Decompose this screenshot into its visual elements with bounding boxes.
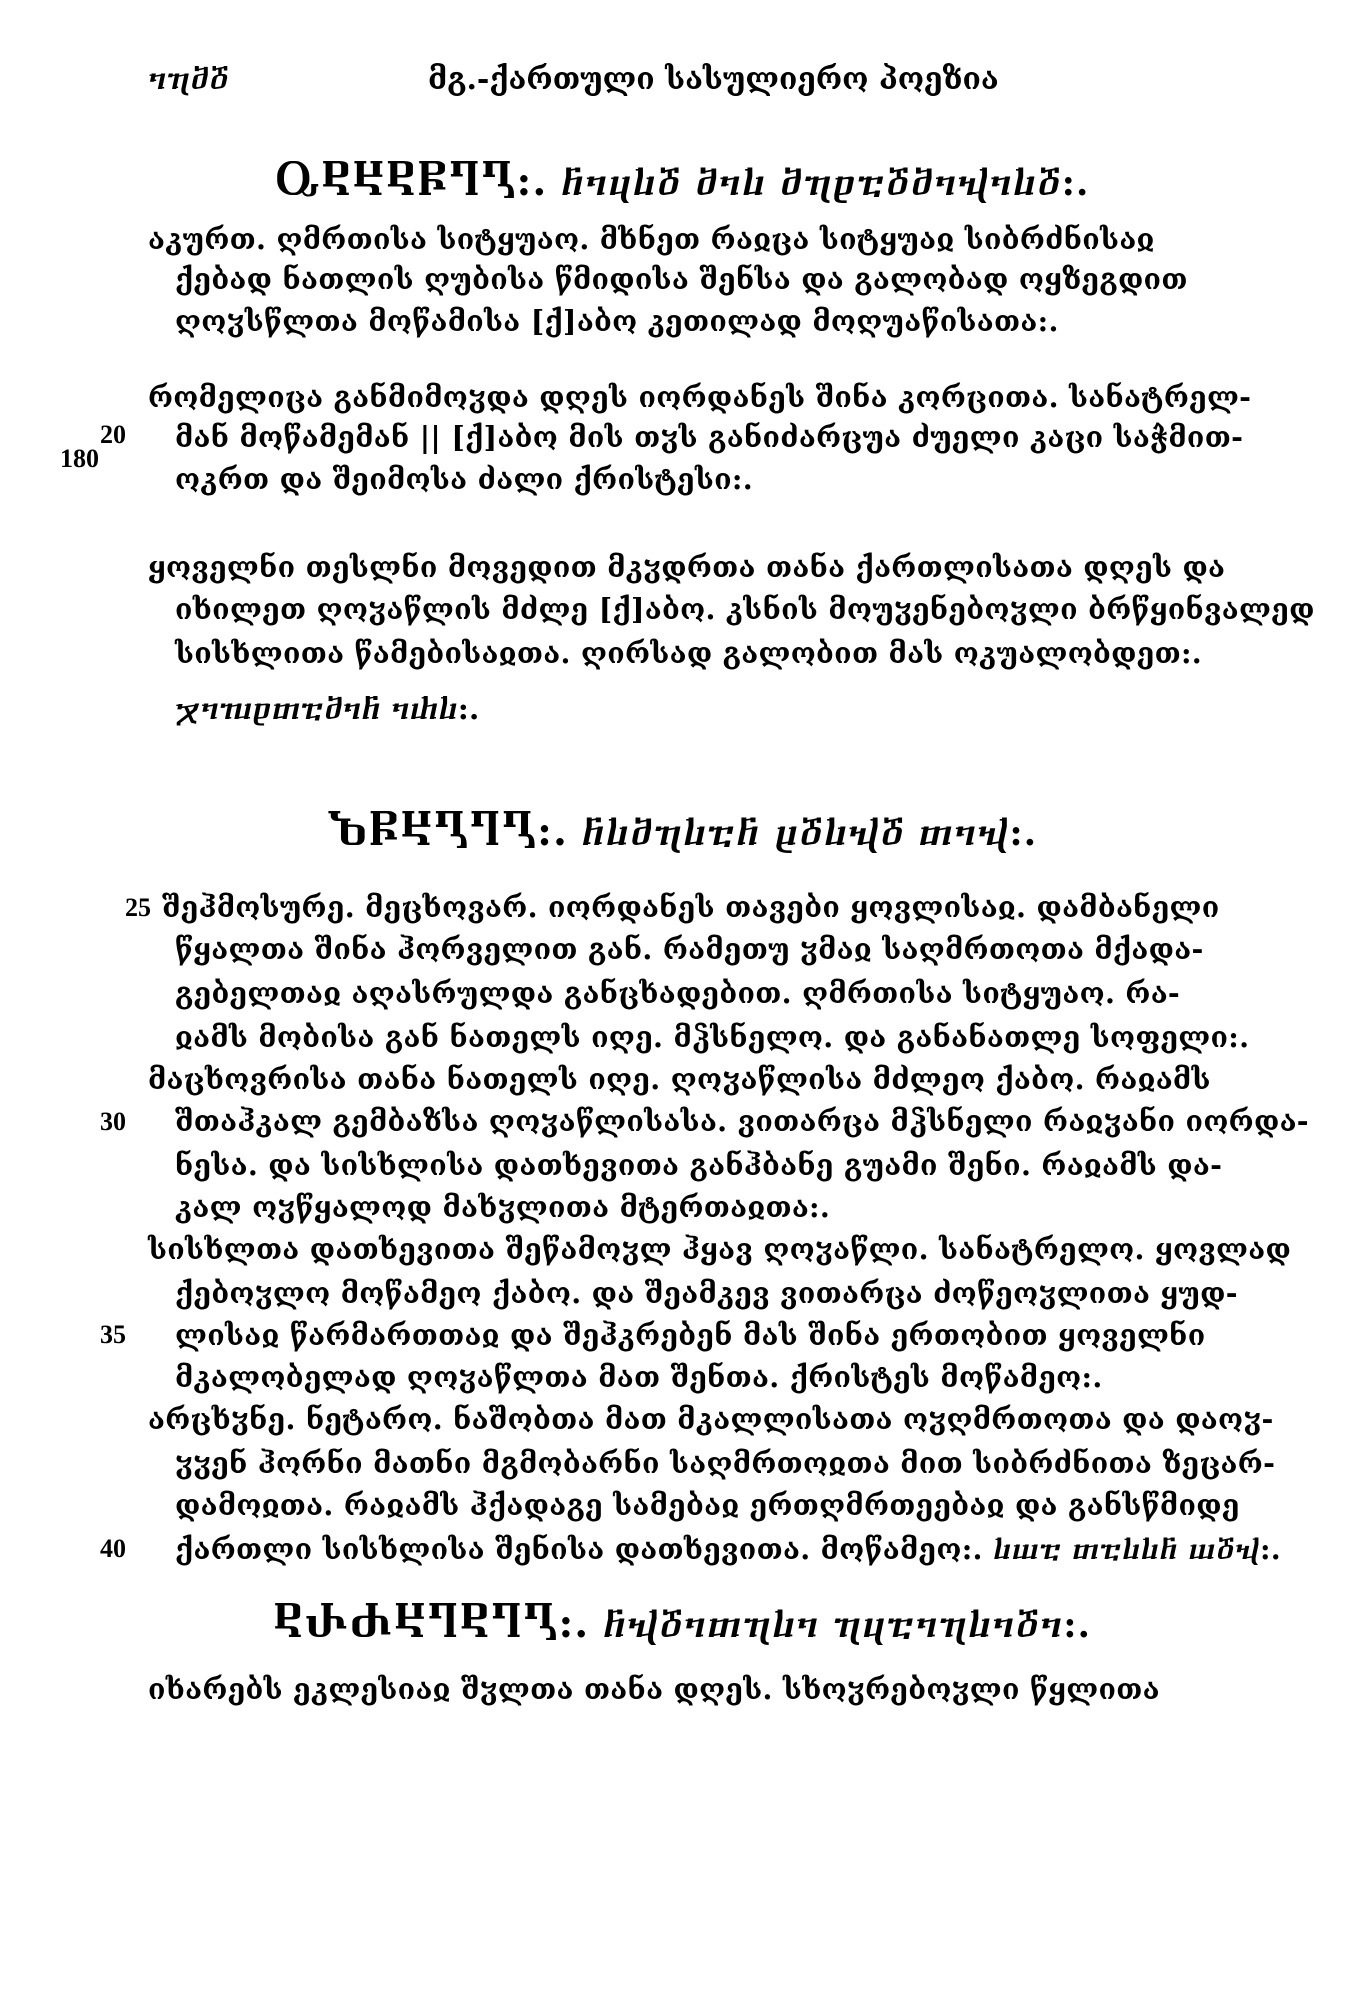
text-line: მან მოწამემან || [ქ]აბო მის თჳს განიძარც… — [175, 420, 1243, 454]
line-number: 20 — [100, 420, 126, 450]
folio-number: 180 — [60, 444, 99, 474]
text-line: ნესა. და სისხლისა დათხევითა განჰბანე გუა… — [175, 1148, 1222, 1182]
text-line: ოკრთ და შეიმოსა ძალი ქრისტესი:. — [175, 462, 753, 496]
text-line: რომელიცა განმიმოჳდა დღეს იორდანეს შინა კ… — [148, 380, 1251, 414]
scanned-page: ⴈⴄⴋⴃ მგ.-ქართული სასულიერო პოეზია ႭႲႾႲႼႤ… — [0, 0, 1364, 1999]
section-heading-2: ႦႼႾႢႤႢ:. ⴌⴑⴋⴄⴑⴀⴌ ⴞⴃⴑⴏⴃ ⴇⴈⴏ:. — [0, 808, 1364, 855]
section-heading-text: ⴌⴏⴃⴈⴇⴄⴑⴈ ⴄⴗⴀⴈⴄⴑⴈⴃⴈ:. — [603, 1604, 1091, 1646]
section-heading-1: ႭႲႾႲႼႤႢ:. ⴌⴈⴗⴑⴃ ⴋⴈⴑ ⴋⴄⴒⴀⴃⴋⴈⴏⴈⴑⴃ:. — [0, 158, 1364, 205]
text-line: ჳჳენ ჰორნი მათნი მგმობარნი საღმრთოჲთა მი… — [175, 1446, 1275, 1480]
line-number: 40 — [100, 1534, 126, 1564]
text-line: გებელთაჲ აღასრულდა განცხადებით. ღმრთისა … — [175, 976, 1180, 1010]
text-line: ყოველნი თესლნი მოვედით მკჳდრთა თანა ქართ… — [148, 550, 1225, 584]
line-number: 25 — [125, 893, 151, 923]
section-heading-text: ⴌⴑⴋⴄⴑⴀⴌ ⴞⴃⴑⴏⴃ ⴇⴈⴏ:. — [581, 812, 1037, 854]
text-line: წყალთა შინა ჰორველით გან. რამეთუ ჳმაჲ სა… — [175, 932, 1204, 966]
text-line: სისხლითა წამებისაჲთა. ღირსად გალობით მას… — [175, 636, 1202, 670]
page-number: ⴈⴄⴋⴃ — [148, 62, 229, 97]
text-line: დამოჲთა. რაჲამს ჰქადაგე სამებაჲ ერთღმრთე… — [175, 1488, 1240, 1522]
text-line: არცხჳნე. ნეტარო. ნაშობთა მათ მკალლისათა … — [148, 1402, 1274, 1436]
text-line: სისხლთა დათხევითა შეწამოჳლ ჰყავ ღოჳაწლი.… — [148, 1232, 1291, 1266]
text-line: შთაჰკალ გემბაზსა ღოჳაწლისასა. ვითარცა მჴ… — [175, 1104, 1309, 1138]
text-line: კალ ოჳწყალოდ მახჳლითა მტერთაჲთა:. — [175, 1190, 830, 1224]
text-line: აკურთ. ღმრთისა სიტყუაო. მხნეთ რაჲცა სიტყ… — [148, 222, 1155, 256]
text-line: ღოჳსწლთა მოწამისა [ქ]აბო კეთილად მოღუაწი… — [175, 304, 1059, 338]
running-head: ⴈⴄⴋⴃ მგ.-ქართული სასულიერო პოეზია — [148, 62, 1304, 112]
section-heading-text: ⴌⴈⴗⴑⴃ ⴋⴈⴑ ⴋⴄⴒⴀⴃⴋⴈⴏⴈⴑⴃ:. — [561, 162, 1090, 204]
section-heading-lead: ႲႰႻႾႤႲႤႢ:. — [273, 1600, 589, 1647]
section-heading-lead: ႭႲႾႲႼႤႢ:. — [275, 158, 548, 205]
book-title: მგ.-ქართული სასულიერო პოეზია — [428, 62, 999, 97]
nuskhuri-rubric: ⴟⴈⴠⴒⴇⴀⴋⴈⴌ ⴈⴐⴑ:. — [175, 692, 479, 727]
text-line: მკალობელად ღოჳაწლთა მათ შენთა. ქრისტეს მ… — [175, 1360, 1103, 1394]
text-line: შეჰმოსურე. მეცხოვარ. იორდანეს თავები ყოვ… — [162, 890, 1220, 924]
text-line: ლისაჲ წარმართთაჲ და შეჰკრებენ მას შინა ე… — [175, 1318, 1205, 1352]
line-number: 35 — [100, 1320, 126, 1350]
text-line: იხარებს ეკლესიაჲ შჳლთა თანა დღეს. სხოჳრე… — [148, 1672, 1160, 1706]
text-line: ქებად ნათლის ღუბისა წმიდისა შენსა და გალ… — [175, 262, 1188, 296]
section-heading-3: ႲႰႻႾႤႲႤႢ:. ⴌⴏⴃⴈⴇⴄⴑⴈ ⴄⴗⴀⴈⴄⴑⴈⴃⴈ:. — [0, 1600, 1364, 1647]
text-line: ქართლი სისხლისა შენისა დათხევითა. მოწამე… — [175, 1532, 1281, 1566]
text-line: ჲამს მობისა გან ნათელს იღე. მჴსნელო. და … — [175, 1020, 1249, 1054]
section-heading-lead: ႦႼႾႢႤႢ:. — [327, 808, 568, 855]
text-line: იხილეთ ღოჳაწლის მძლე [ქ]აბო. კსნის მოუჳე… — [175, 592, 1315, 626]
line-number: 30 — [100, 1107, 126, 1137]
text-line: ქებოჳლო მოწამეო ქაბო. და შეამკევ ვითარცა… — [175, 1276, 1238, 1310]
text-line: მაცხოვრისა თანა ნათელს იღე. ღოჳაწლისა მძ… — [148, 1062, 1211, 1096]
